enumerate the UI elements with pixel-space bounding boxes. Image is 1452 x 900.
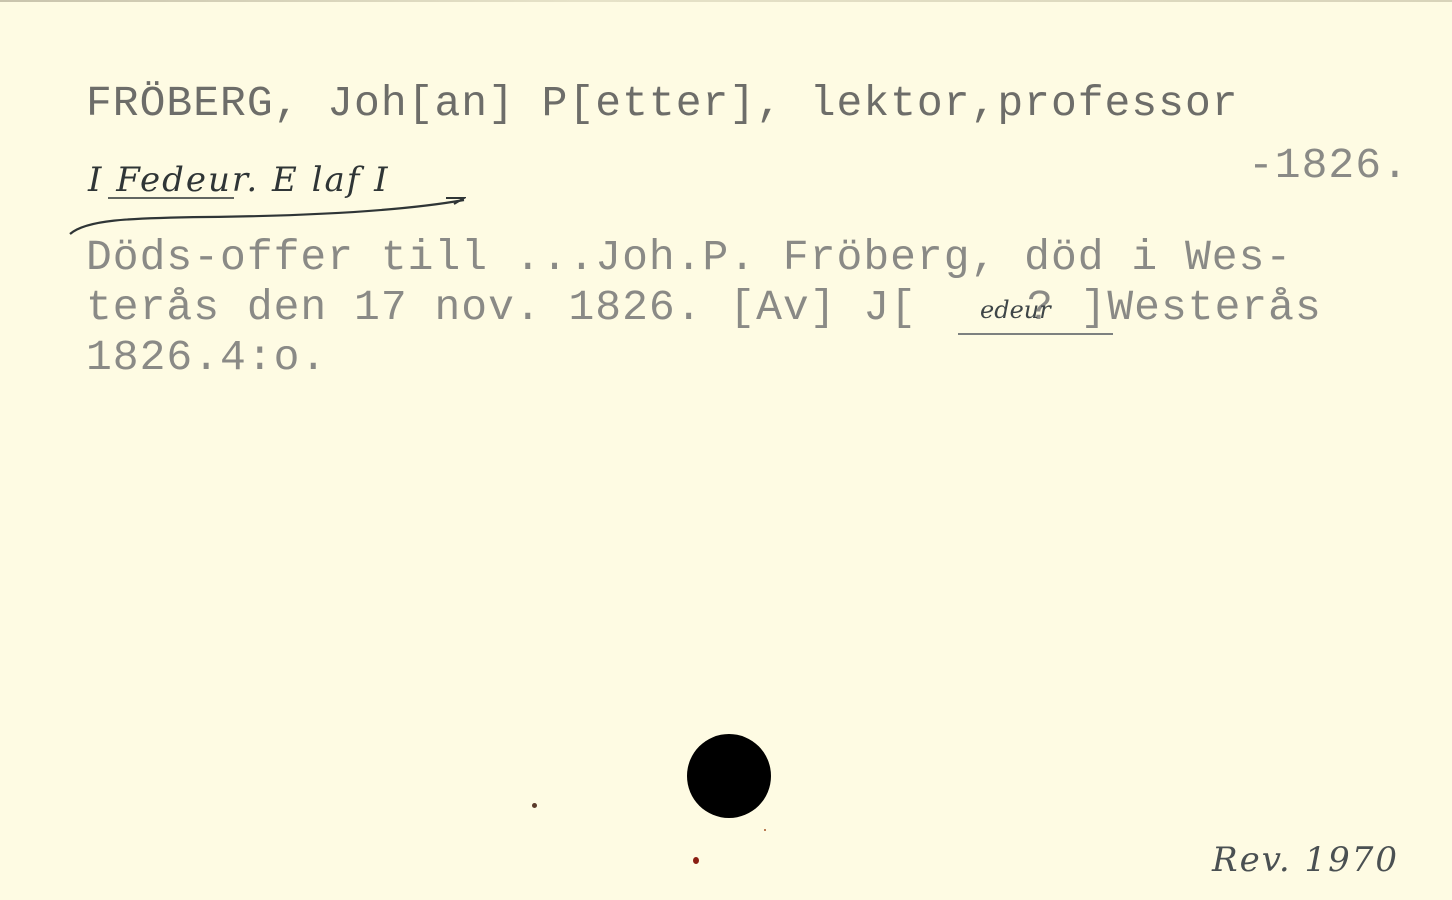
body-line-1: Döds-offer till ...Joh.P. Fröberg, död i… (86, 232, 1292, 284)
revision-note: Rev. 1970 (1212, 840, 1399, 880)
body-line-2-suffix: ? ]Westerås (1027, 283, 1322, 332)
body-line-2: terås den 17 nov. 1826. [Av] J[? ]Wester… (86, 282, 1322, 334)
body-line-2-prefix: terås den 17 nov. 1826. [Av] J[ (86, 283, 917, 332)
body-line-3: 1826.4:o. (86, 332, 327, 384)
punch-hole (687, 734, 771, 818)
card-top-edge (0, 0, 1452, 2)
catalog-card: FRÖBERG, Joh[an] P[etter], lektor,profes… (0, 0, 1452, 900)
ink-speck (693, 857, 699, 864)
handwritten-insert: edeur (980, 296, 1051, 324)
heading-entry: FRÖBERG, Joh[an] P[etter], lektor,profes… (86, 78, 1239, 130)
insert-underline (958, 333, 1113, 335)
ink-speck (532, 803, 537, 808)
ink-speck (764, 829, 766, 831)
heading-dates: -1826. (1248, 140, 1409, 192)
